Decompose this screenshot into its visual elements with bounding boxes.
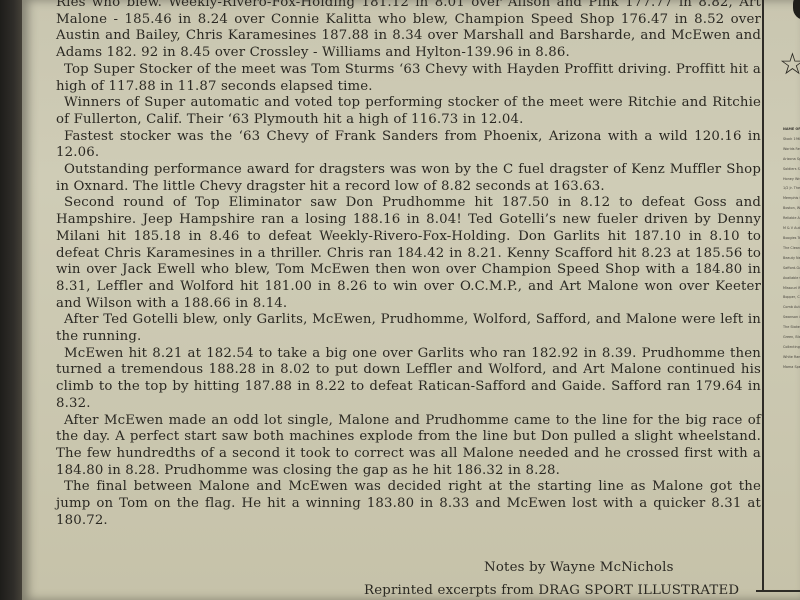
- track-list-item: M & V Auto: [783, 226, 800, 230]
- paper-sheet: Ries who blew. Weekly-Rivero-Fox-Holding…: [22, 0, 800, 600]
- track-list-item: Swanson & K Performance: [783, 315, 800, 319]
- track-list-item: Worlds Fas Irvin E. Fl Ply. Spri: [783, 147, 800, 151]
- track-list-item: Soldiers Spe McMillan Ma Bell Rasesan Ro…: [783, 167, 800, 171]
- track-list-item: Safford-Gai: [783, 266, 800, 270]
- column-divider: [762, 0, 764, 592]
- column-bottom-rule: [756, 590, 800, 592]
- article-paragraph: Ries who blew. Weekly-Rivero-Fox-Holding…: [56, 0, 761, 62]
- track-list-item: The Stakes Topsyrack: [783, 325, 800, 329]
- article-paragraph: McEwen hit 8.21 at 182.54 to take a big …: [56, 346, 761, 413]
- notes-credit: Notes by Wayne McNichols: [484, 560, 800, 575]
- track-list-item: Boogies Ter: [783, 236, 800, 240]
- track-list: NAME OF DA Stock 1962Worlds Fas Irvin E.…: [783, 127, 800, 375]
- track-list-item: White Rampa: [783, 355, 800, 359]
- track-list-item: Reliable Aut B & W Event Taylors & Ma: [783, 216, 800, 220]
- track-list-item: Available Ca: [783, 276, 800, 280]
- track-list-item: Stock 1962: [783, 137, 800, 141]
- track-list-item: Honey Wrecl Thunder T: [783, 177, 800, 181]
- article-body: Ries who blew. Weekly-Rivero-Fox-Holding…: [56, 0, 761, 530]
- track-list-item: Green, Black: [783, 335, 800, 339]
- track-list-item: Bopper, Chi Stage Speed Corvette Spe Bla…: [783, 295, 800, 299]
- reprint-credit: Reprinted excerpts from DRAG SPORT ILLUS…: [364, 583, 774, 598]
- track-list-item: Beauty Nest Smoky Dew: [783, 256, 800, 260]
- track-list-item: 1/2 Jr. The Corner Moneymaker Sullivan, …: [783, 186, 800, 190]
- article-paragraph: Winners of Super automatic and voted top…: [56, 95, 761, 128]
- track-list-item: The Clean C: [783, 246, 800, 250]
- track-list-item: Memphis Str Tennessee S: [783, 196, 800, 200]
- article-paragraph: The final between Malone and McEwen was …: [56, 479, 761, 529]
- logo-badge-icon: [793, 0, 800, 20]
- star-outline-icon: ☆: [779, 50, 800, 80]
- photographed-page: Ries who blew. Weekly-Rivero-Fox-Holding…: [0, 0, 800, 600]
- track-list-item: Collecting Co Super Rocks: [783, 345, 800, 349]
- article-paragraph: After Ted Gotelli blew, only Garlits, Mc…: [56, 312, 761, 345]
- track-list-item: Boston, Wh: [783, 206, 800, 210]
- track-list-item: Missouri Wil Jack Warner Tallen & Mu: [783, 286, 800, 290]
- track-listing-column: ☆ NAME OF DA Stock 1962Worlds Fas Irvin …: [765, 0, 800, 590]
- article-paragraph: Outstanding performance award for dragst…: [56, 162, 761, 195]
- article-paragraph: Fastest stocker was the ‘63 Chevy of Fra…: [56, 129, 761, 162]
- track-list-item: Comb Auto Tumbleweed Ross & Baile: [783, 305, 800, 309]
- track-list-item: Mama Specia: [783, 365, 800, 369]
- track-list-item: Arizona Spe Dearborne: [783, 157, 800, 161]
- article-paragraph: After McEwen made an odd lot single, Mal…: [56, 413, 761, 480]
- article-paragraph: Second round of Top Eliminator saw Don P…: [56, 195, 761, 312]
- track-list-heading: NAME OF DA: [783, 127, 800, 131]
- article-paragraph: Top Super Stocker of the meet was Tom St…: [56, 62, 761, 95]
